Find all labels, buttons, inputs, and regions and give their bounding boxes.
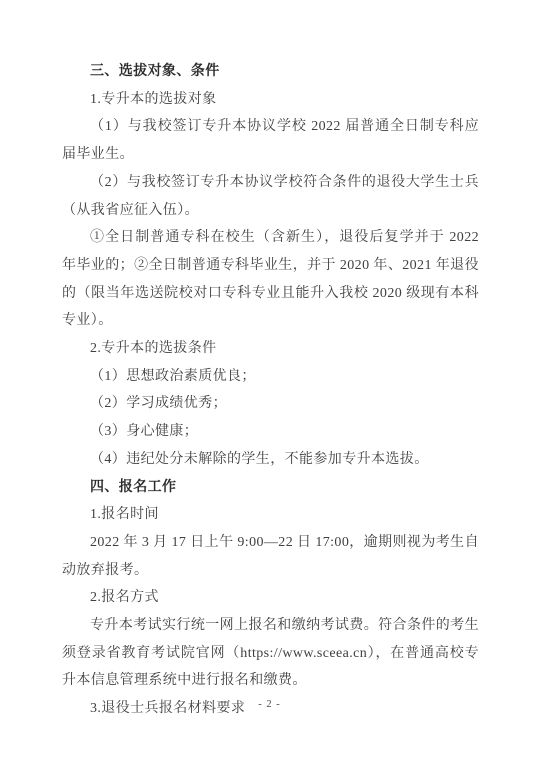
paragraph-criteria-1: （1）思想政治素质优良；: [62, 363, 479, 391]
paragraph-criteria-3: （3）身心健康；: [62, 418, 479, 446]
document-page: 三、选拔对象、条件 1.专升本的选拔对象 （1）与我校签订专升本协议学校 202…: [0, 0, 539, 762]
page-number: - 2 -: [0, 699, 539, 710]
section-heading-registration: 四、报名工作: [62, 474, 479, 502]
section-heading-selection: 三、选拔对象、条件: [62, 58, 479, 86]
paragraph-criteria-2: （2）学习成绩优秀；: [62, 390, 479, 418]
paragraph-selection-target-title: 1.专升本的选拔对象: [62, 86, 479, 114]
paragraph-veteran-detail: ①全日制普通专科在校生（含新生），退役后复学并于 2022 年毕业的；②全日制普…: [62, 224, 479, 335]
paragraph-selection-target-2: （2）与我校签订专升本协议学校符合条件的退役大学生士兵（从我省应征入伍）。: [62, 169, 479, 224]
paragraph-registration-time-detail: 2022 年 3 月 17 日上午 9:00—22 日 17:00，逾期则视为考…: [62, 529, 479, 584]
paragraph-criteria-4: （4）违纪处分未解除的学生，不能参加专升本选拔。: [62, 446, 479, 474]
paragraph-selection-criteria-title: 2.专升本的选拔条件: [62, 335, 479, 363]
paragraph-registration-time-title: 1.报名时间: [62, 501, 479, 529]
paragraph-registration-method-title: 2.报名方式: [62, 584, 479, 612]
paragraph-selection-target-1: （1）与我校签订专升本协议学校 2022 届普通全日制专科应届毕业生。: [62, 113, 479, 168]
paragraph-registration-method-detail: 专升本考试实行统一网上报名和缴纳考试费。符合条件的考生须登录省教育考试院官网（h…: [62, 612, 479, 695]
